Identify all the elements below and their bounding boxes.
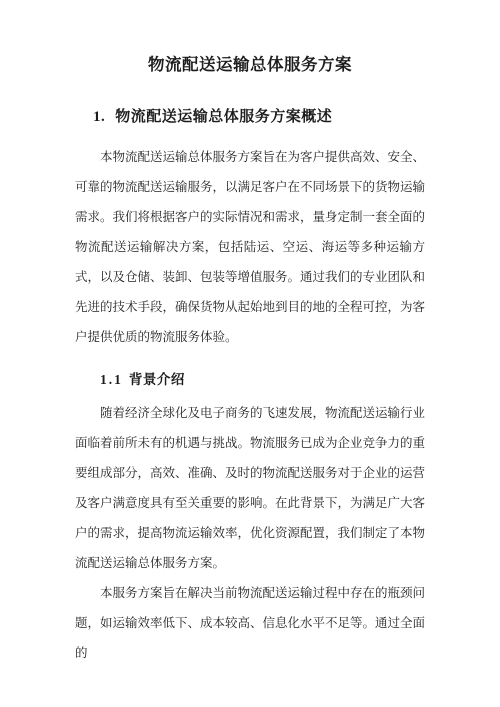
section-1-paragraph-1: 本物流配送运输总体服务方案旨在为客户提供高效、安全、可靠的物流配送运输服务，以满… <box>75 142 425 352</box>
section-1-number: 1. <box>93 106 105 128</box>
section-1-1-heading-text: 背景介绍 <box>129 372 185 387</box>
document-title: 物流配送运输总体服务方案 <box>75 54 425 76</box>
section-1-1-heading: 1.1背景介绍 <box>100 370 425 390</box>
section-1-1-number: 1.1 <box>100 370 123 390</box>
section-1-1-paragraph-1: 随着经济全球化及电子商务的飞速发展，物流配送运输行业面临着前所未有的机遇与挑战。… <box>75 398 425 578</box>
section-1-heading: 1.物流配送运输总体服务方案概述 <box>93 106 425 128</box>
section-1-1-paragraph-2: 本服务方案旨在解决当前物流配送运输过程中存在的瓶颈问题，如运输效率低下、成本较高… <box>75 578 425 668</box>
section-1-heading-text: 物流配送运输总体服务方案概述 <box>115 109 332 125</box>
document-page: 物流配送运输总体服务方案 1.物流配送运输总体服务方案概述 本物流配送运输总体服… <box>0 0 500 707</box>
